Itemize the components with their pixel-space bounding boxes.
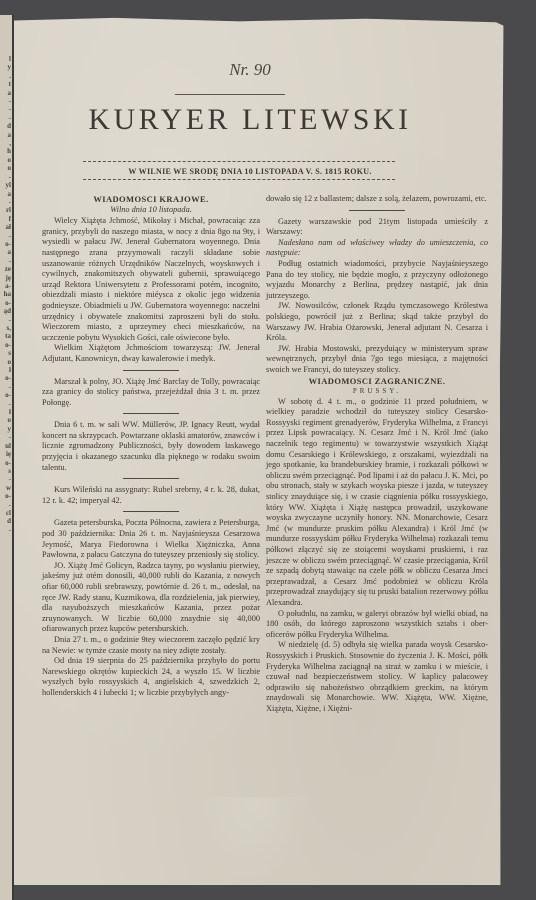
edge-glyph: - — [0, 316, 12, 324]
edge-glyph: o- — [0, 391, 12, 399]
edge-glyph: y — [0, 425, 12, 433]
edge-glyph: o — [0, 358, 12, 366]
edge-glyph: a- — [0, 282, 12, 290]
edge-glyph: t — [0, 80, 12, 88]
edge-glyph: ta — [0, 332, 12, 340]
right-column: dowało się 12 z ballastem; dalsze z solą… — [266, 194, 488, 715]
edge-glyph: - — [0, 198, 12, 206]
article-paragraph: W niedzielę (d. 5) odbyła się wielka par… — [266, 640, 488, 714]
edge-glyph: - — [0, 114, 12, 122]
edge-glyph: a — [0, 248, 12, 256]
edge-glyph: ał — [0, 223, 12, 231]
edge-glyph: cl — [0, 509, 12, 517]
article-paragraph: Gazeta petersburska, Poczta Północna, za… — [42, 518, 260, 560]
newspaper-page: Nr. 90 KURYER LITEWSKI w WILNIE we SRODĘ… — [14, 17, 516, 885]
edge-glyph: - — [0, 97, 12, 105]
divider — [83, 161, 395, 162]
article-paragraph: JW. Hrabia Mostowski, prezyduiący w mini… — [266, 344, 488, 376]
edge-glyph: ha — [0, 290, 12, 298]
previous-page-edge: ly.ta---da,hoo-yla-rlfał-o-a-zejęa-hao-ą… — [0, 15, 14, 900]
edge-glyph: rl — [0, 206, 12, 214]
divider — [123, 478, 179, 479]
section-subheading: Wilno dnia 10 listopada. — [42, 205, 260, 216]
divider — [123, 370, 179, 371]
edge-glyph: ze — [0, 265, 12, 273]
section-heading-domestic: WIADOMOSCI KRAJOWE. — [42, 194, 260, 205]
article-continuation: dowało się 12 z ballastem; dalsze z solą… — [266, 194, 488, 205]
divider — [175, 94, 285, 95]
edge-glyph: f — [0, 215, 12, 223]
edge-glyph: - — [0, 257, 12, 265]
edge-glyph: o- — [0, 374, 12, 382]
edge-glyph: o — [0, 156, 12, 164]
edge-glyph: ię — [0, 450, 12, 458]
edge-glyph: ł — [0, 408, 12, 416]
edge-glyph: y — [0, 63, 12, 71]
edge-glyph: ul — [0, 442, 12, 450]
edge-glyph: s — [0, 349, 12, 357]
edge-glyph: a — [0, 131, 12, 139]
article-paragraph: Podług ostatnich wiadomości, przybycie N… — [266, 259, 488, 301]
article-paragraph: Wielkim Xiążętom Jchmościom towarzyszą: … — [42, 343, 260, 364]
edge-glyph: ąd — [0, 307, 12, 315]
article-paragraph: Dnia 6 t. m. w sali WW. Müllerów, JP. Ig… — [42, 420, 260, 473]
edge-glyph: o- — [0, 240, 12, 248]
edge-glyph: s — [0, 467, 12, 475]
divider — [123, 511, 179, 512]
issue-number: Nr. 90 — [14, 60, 486, 80]
edge-glyph: - — [0, 173, 12, 181]
edge-glyph: o- — [0, 492, 12, 500]
edge-glyph: d — [0, 122, 12, 130]
paper-fold-shading — [194, 797, 314, 887]
edge-glyph: - — [0, 400, 12, 408]
edge-glyph: . — [0, 72, 12, 80]
edge-glyph: o- — [0, 299, 12, 307]
edge-glyph: - — [0, 105, 12, 113]
edge-glyph: , — [0, 139, 12, 147]
article-paragraph-italic: Nadesłano nam od właściwey władzy do umi… — [266, 238, 488, 259]
edge-glyph: s, — [0, 324, 12, 332]
article-paragraph: W sobotę d. 4 t. m., o godzinie 11 przed… — [266, 397, 488, 609]
edge-glyph: o- — [0, 341, 12, 349]
edge-glyph: o — [0, 164, 12, 172]
article-paragraph: Gazety warszawskie pod 21tym listopada u… — [266, 217, 488, 238]
divider — [123, 413, 179, 414]
masthead-title: KURYER LITEWSKI — [14, 103, 486, 137]
edge-glyph: yl — [0, 181, 12, 189]
article-paragraph: Marszał k polny, JO. Xiążę Jmć Barclay d… — [42, 377, 260, 409]
article-paragraph: JW. Nowosilców, członek Rządu tymczasowe… — [266, 301, 488, 343]
edge-glyph: - — [0, 475, 12, 483]
edge-glyph: - — [0, 232, 12, 240]
edge-glyph: o — [0, 416, 12, 424]
left-column: WIADOMOSCI KRAJOWE. Wilno dnia 10 listop… — [42, 194, 260, 699]
divider — [349, 210, 405, 211]
dateline: w WILNIE we SRODĘ DNIA 10 LISTOPADA V. S… — [14, 167, 486, 176]
edge-glyph: l — [0, 55, 12, 63]
article-paragraph: O połudnlu, na zamku, w galeryi obrazów … — [266, 609, 488, 641]
edge-glyph: - — [0, 383, 12, 391]
edge-glyph: - — [0, 501, 12, 509]
edge-glyph: a — [0, 89, 12, 97]
edge-glyph: a — [0, 190, 12, 198]
edge-glyph: w — [0, 484, 12, 492]
edge-glyph: - — [0, 433, 12, 441]
edge-glyph: ję — [0, 274, 12, 282]
country-heading: PRUSSY. — [266, 386, 488, 397]
section-heading-foreign: WIADOMOSCI ZAGRANICZNE. — [266, 376, 488, 387]
exchange-rate: Kurs Wileński na assygnaty: Rubel srebrn… — [42, 485, 260, 506]
article-paragraph: Od dnia 19 sierpnia do 25 października p… — [42, 656, 260, 698]
edge-glyph: o- — [0, 459, 12, 467]
edge-glyph: - — [0, 526, 12, 534]
article-paragraph: JO. Xiążę Jmć Golicyn, Radzca tayny, po … — [42, 561, 260, 635]
divider — [83, 179, 395, 180]
edge-glyph: ł — [0, 366, 12, 374]
edge-glyph: d — [0, 517, 12, 525]
article-paragraph: Dnia 27 t. m., o godzinie 9tey wieczorem… — [42, 635, 260, 656]
edge-glyph: h — [0, 147, 12, 155]
article-paragraph: Wielcy Xiążęta Jchmość, Mikołay i Michał… — [42, 216, 260, 343]
